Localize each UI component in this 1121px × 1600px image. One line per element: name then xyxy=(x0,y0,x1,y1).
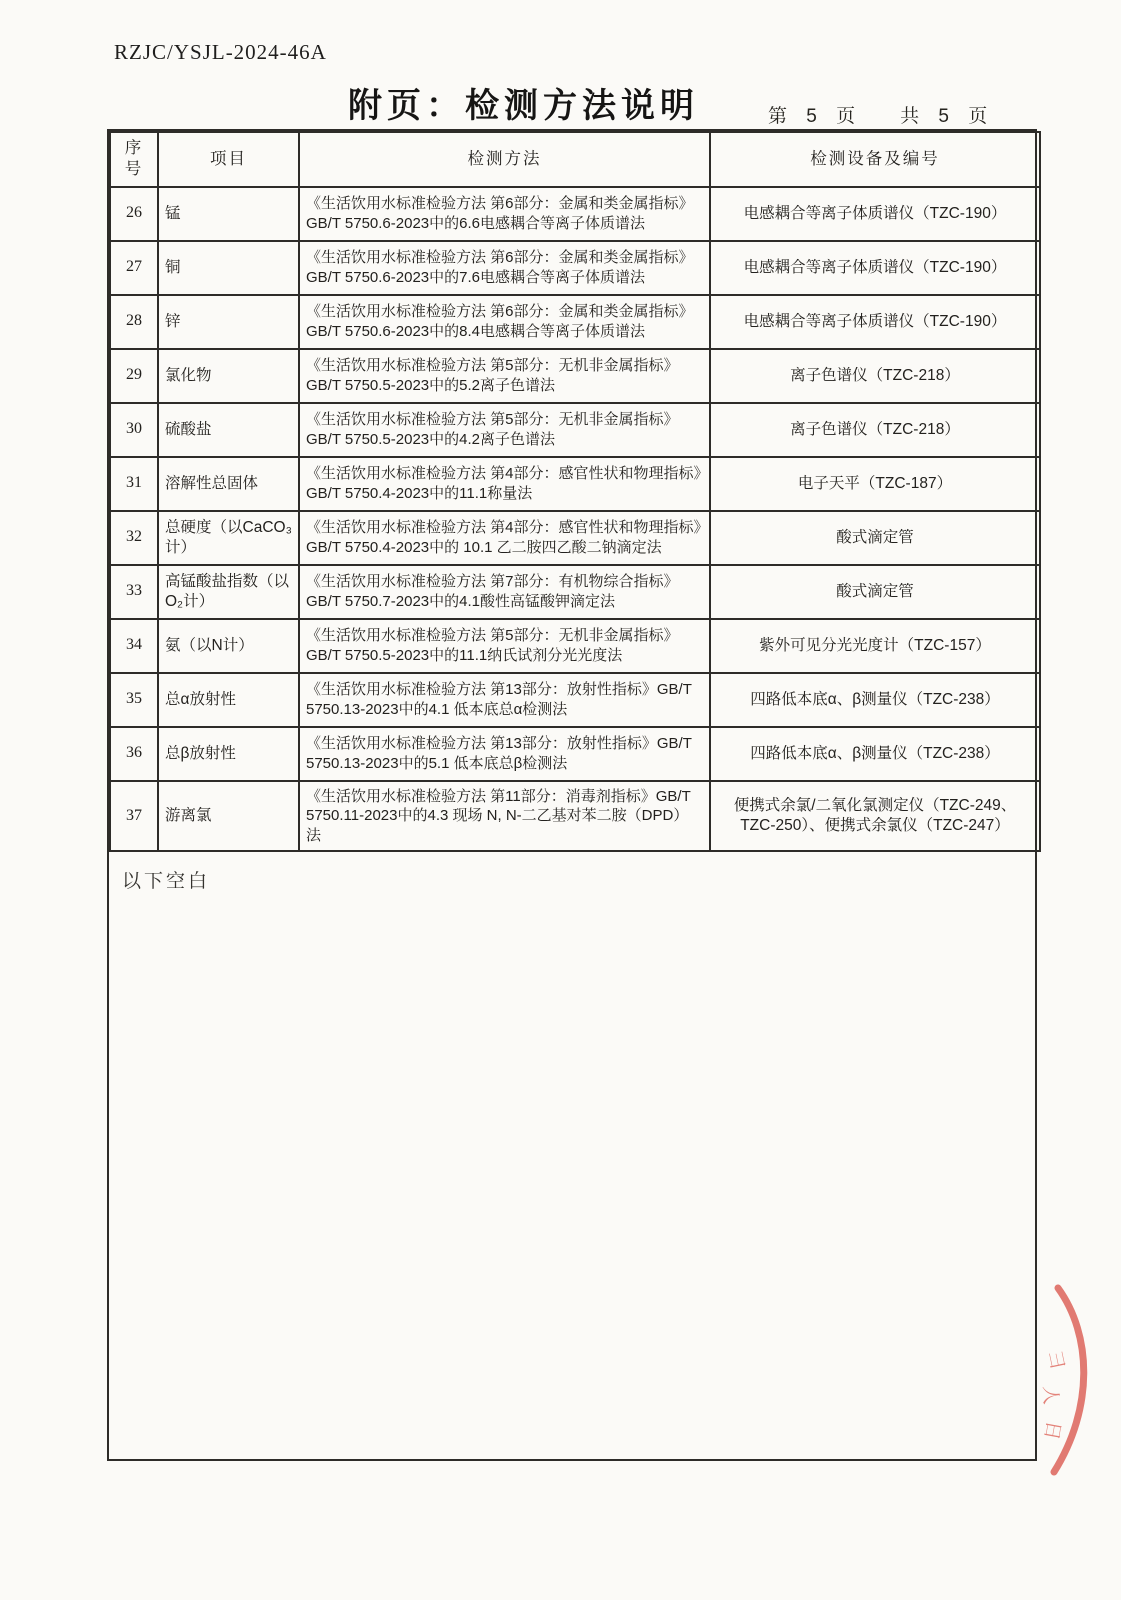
cell-no: 28 xyxy=(110,295,158,349)
cell-equipment: 酸式滴定管 xyxy=(710,565,1040,619)
cell-item: 溶解性总固体 xyxy=(158,457,299,511)
header-cell-no: 序号 xyxy=(110,132,158,187)
cell-no: 34 xyxy=(110,619,158,673)
seal-arc xyxy=(1054,1288,1084,1472)
cell-no: 30 xyxy=(110,403,158,457)
cell-method: 《生活饮用水标准检验方法 第5部分：无机非金属指标》GB/T 5750.5-20… xyxy=(299,619,710,673)
cell-equipment: 电感耦合等离子体质谱仪（TZC-190） xyxy=(710,187,1040,241)
cell-equipment: 离子色谱仪（TZC-218） xyxy=(710,403,1040,457)
table-row: 36总β放射性《生活饮用水标准检验方法 第13部分：放射性指标》GB/T 575… xyxy=(110,727,1040,781)
table-row: 32总硬度（以CaCO₃计）《生活饮用水标准检验方法 第4部分：感官性状和物理指… xyxy=(110,511,1040,565)
table-row: 34氨（以N计）《生活饮用水标准检验方法 第5部分：无机非金属指标》GB/T 5… xyxy=(110,619,1040,673)
seal-glyph: 彐 xyxy=(1043,1349,1067,1372)
methods-table-frame: 序号 项目 检测方法 检测设备及编号 26锰《生活饮用水标准检验方法 第6部分：… xyxy=(107,129,1037,1461)
cell-no: 36 xyxy=(110,727,158,781)
cell-method: 《生活饮用水标准检验方法 第4部分：感官性状和物理指标》GB/T 5750.4-… xyxy=(299,457,710,511)
cell-equipment: 电子天平（TZC-187） xyxy=(710,457,1040,511)
cell-no: 37 xyxy=(110,781,158,852)
cell-method: 《生活饮用水标准检验方法 第13部分：放射性指标》GB/T 5750.13-20… xyxy=(299,727,710,781)
cell-method: 《生活饮用水标准检验方法 第5部分：无机非金属指标》GB/T 5750.5-20… xyxy=(299,349,710,403)
cell-equipment: 酸式滴定管 xyxy=(710,511,1040,565)
table-row: 33高锰酸盐指数（以O₂计）《生活饮用水标准检验方法 第7部分：有机物综合指标》… xyxy=(110,565,1040,619)
cell-equipment: 电感耦合等离子体质谱仪（TZC-190） xyxy=(710,241,1040,295)
cell-equipment: 紫外可见分光光度计（TZC-157） xyxy=(710,619,1040,673)
cell-no: 27 xyxy=(110,241,158,295)
cell-method: 《生活饮用水标准检验方法 第4部分：感官性状和物理指标》GB/T 5750.4-… xyxy=(299,511,710,565)
cell-equipment: 便携式余氯/二氧化氯测定仪（TZC-249、TZC-250）、便携式余氯仪（TZ… xyxy=(710,781,1040,852)
table-row: 30硫酸盐《生活饮用水标准检验方法 第5部分：无机非金属指标》GB/T 5750… xyxy=(110,403,1040,457)
cell-equipment: 四路低本底α、β测量仪（TZC-238） xyxy=(710,673,1040,727)
cell-item: 氯化物 xyxy=(158,349,299,403)
cell-item: 游离氯 xyxy=(158,781,299,852)
cell-item: 高锰酸盐指数（以O₂计） xyxy=(158,565,299,619)
seal-glyph: 日 xyxy=(1040,1419,1064,1441)
table-row: 28锌《生活饮用水标准检验方法 第6部分：金属和类金属指标》GB/T 5750.… xyxy=(110,295,1040,349)
blank-note: 以下空白 xyxy=(122,866,210,893)
table-row: 37游离氯《生活饮用水标准检验方法 第11部分：消毒剂指标》GB/T 5750.… xyxy=(110,781,1040,852)
blank-area: 以下空白 xyxy=(109,852,1035,1459)
cell-equipment: 四路低本底α、β测量仪（TZC-238） xyxy=(710,727,1040,781)
cell-method: 《生活饮用水标准检验方法 第6部分：金属和类金属指标》GB/T 5750.6-2… xyxy=(299,295,710,349)
table-header-row: 序号 项目 检测方法 检测设备及编号 xyxy=(110,132,1040,187)
cell-item: 总β放射性 xyxy=(158,727,299,781)
cell-equipment: 离子色谱仪（TZC-218） xyxy=(710,349,1040,403)
cell-equipment: 电感耦合等离子体质谱仪（TZC-190） xyxy=(710,295,1040,349)
doc-number: RZJC/YSJL-2024-46A xyxy=(114,40,327,65)
header-cell-method: 检测方法 xyxy=(299,132,710,187)
cell-no: 26 xyxy=(110,187,158,241)
cell-item: 总硬度（以CaCO₃计） xyxy=(158,511,299,565)
table-row: 27铜《生活饮用水标准检验方法 第6部分：金属和类金属指标》GB/T 5750.… xyxy=(110,241,1040,295)
page-current: 第 5 页 xyxy=(768,101,862,128)
cell-no: 31 xyxy=(110,457,158,511)
cell-no: 29 xyxy=(110,349,158,403)
red-seal-partial: 彐 人 日 xyxy=(1032,1280,1121,1480)
header-cell-equipment: 检测设备及编号 xyxy=(710,132,1040,187)
page-total: 共 5 页 xyxy=(900,101,994,128)
table-row: 31溶解性总固体《生活饮用水标准检验方法 第4部分：感官性状和物理指标》GB/T… xyxy=(110,457,1040,511)
cell-method: 《生活饮用水标准检验方法 第5部分：无机非金属指标》GB/T 5750.5-20… xyxy=(299,403,710,457)
cell-item: 铜 xyxy=(158,241,299,295)
cell-method: 《生活饮用水标准检验方法 第6部分：金属和类金属指标》GB/T 5750.6-2… xyxy=(299,187,710,241)
cell-item: 锌 xyxy=(158,295,299,349)
cell-item: 总α放射性 xyxy=(158,673,299,727)
cell-no: 35 xyxy=(110,673,158,727)
cell-item: 氨（以N计） xyxy=(158,619,299,673)
cell-method: 《生活饮用水标准检验方法 第13部分：放射性指标》GB/T 5750.13-20… xyxy=(299,673,710,727)
cell-item: 锰 xyxy=(158,187,299,241)
scanned-report-page: RZJC/YSJL-2024-46A 附页：检测方法说明 第 5 页 共 5 页… xyxy=(0,0,1121,1600)
seal-glyph: 人 xyxy=(1039,1385,1062,1405)
table-row: 35总α放射性《生活饮用水标准检验方法 第13部分：放射性指标》GB/T 575… xyxy=(110,673,1040,727)
cell-item: 硫酸盐 xyxy=(158,403,299,457)
table-row: 29氯化物《生活饮用水标准检验方法 第5部分：无机非金属指标》GB/T 5750… xyxy=(110,349,1040,403)
page-title: 附页：检测方法说明 xyxy=(348,78,699,127)
cell-method: 《生活饮用水标准检验方法 第11部分：消毒剂指标》GB/T 5750.11-20… xyxy=(299,781,710,852)
table-row: 26锰《生活饮用水标准检验方法 第6部分：金属和类金属指标》GB/T 5750.… xyxy=(110,187,1040,241)
cell-method: 《生活饮用水标准检验方法 第6部分：金属和类金属指标》GB/T 5750.6-2… xyxy=(299,241,710,295)
header-cell-item: 项目 xyxy=(158,132,299,187)
cell-no: 33 xyxy=(110,565,158,619)
page-indicator: 第 5 页 共 5 页 xyxy=(768,101,994,128)
cell-method: 《生活饮用水标准检验方法 第7部分：有机物综合指标》GB/T 5750.7-20… xyxy=(299,565,710,619)
methods-table: 序号 项目 检测方法 检测设备及编号 26锰《生活饮用水标准检验方法 第6部分：… xyxy=(109,131,1041,852)
cell-no: 32 xyxy=(110,511,158,565)
